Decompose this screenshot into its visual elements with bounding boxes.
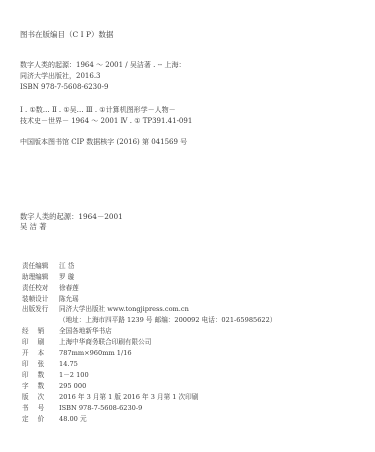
credit-row: 版次2016 年 3 月第 1 版 2016 年 3 月第 1 次印刷	[22, 393, 198, 402]
cip-class-line-1: Ⅰ . ①数… Ⅱ . ①吴… Ⅲ . ①计算机图形学－人物－	[20, 106, 176, 115]
credit-row: 出版发行同济大学出版社 www.tongjipress.com.cn	[22, 305, 189, 314]
credit-row: 字数295 000	[22, 382, 86, 391]
credit-row: 经销全国各地新华书店	[22, 327, 112, 336]
cip-class-line-2: 技术史－世界－ 1964 ～ 2001 Ⅳ . ① TP391.41-091	[20, 117, 192, 126]
credit-row: 印张14.75	[22, 360, 78, 369]
credit-row: 装帧设计陈允瑶	[22, 295, 79, 304]
cip-heading: 图书在版编目（C I P）数据	[20, 30, 114, 39]
cip-line-2: 同济大学出版社，2016.3	[20, 72, 101, 81]
book-author: 吴 洁 著	[20, 222, 47, 231]
book-title: 数字人类的起源：1964－2001	[20, 212, 123, 221]
credit-row: 责任编辑江 岱	[22, 262, 74, 271]
credit-row: 印数1－2 100	[22, 371, 89, 380]
credit-row: 开本787mm×960mm 1/16	[22, 349, 132, 358]
credit-row: 责任校对徐春莲	[22, 284, 79, 293]
cip-record-number: 中国版本图书馆 CIP 数据核字 (2016) 第 041569 号	[20, 138, 187, 147]
credit-row: 助理编辑罗 璇	[22, 273, 74, 282]
credit-row-address: （地址：上海市四平路 1239 号 邮编：200092 电话：021-65985…	[22, 316, 276, 325]
cip-isbn: ISBN 978-7-5608-6230-9	[20, 83, 108, 92]
credit-row: 书号ISBN 978-7-5608-6230-9	[22, 404, 142, 413]
credit-row: 定价48.00 元	[22, 415, 87, 424]
credit-row: 印刷上海中华商务联合印刷有限公司	[22, 338, 151, 347]
cip-line-1: 数字人类的起源：1964 ～ 2001 / 吴洁著 . -- 上海：	[20, 61, 186, 70]
